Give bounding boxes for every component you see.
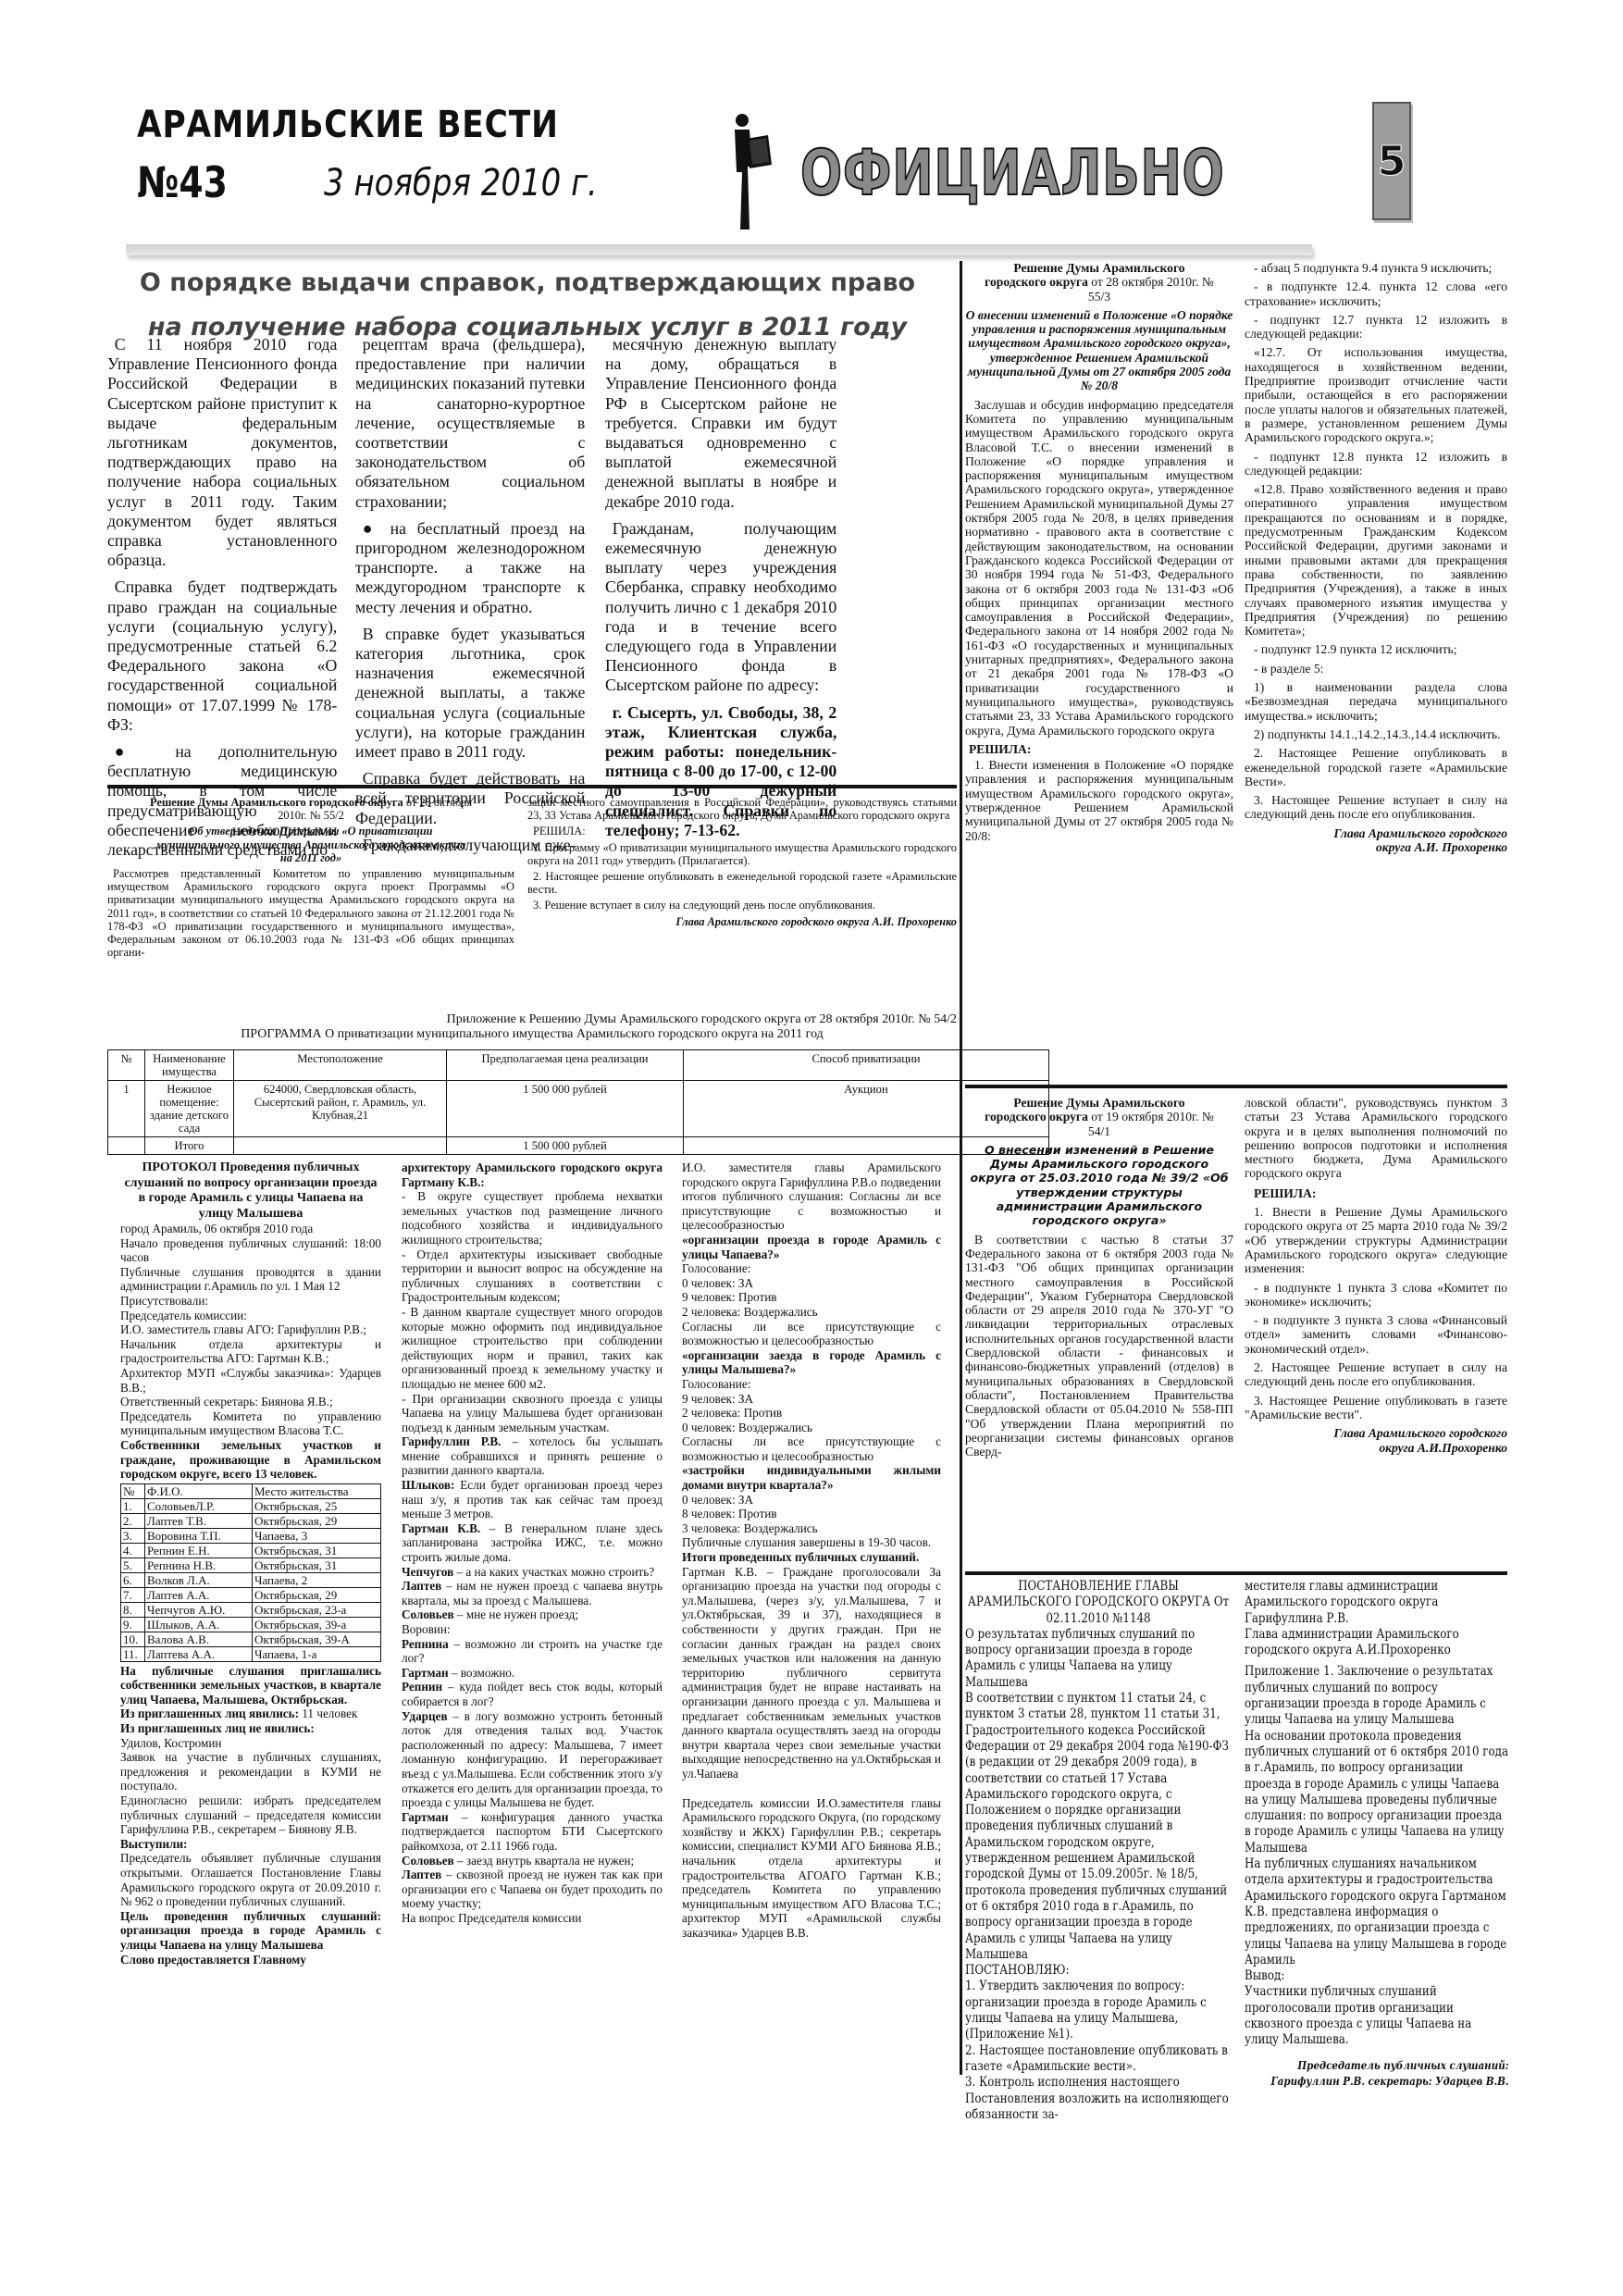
invited-note: На публичные слушания приглашались собст… — [120, 1664, 381, 1707]
table-cell: Лаптева А.А. — [145, 1646, 253, 1661]
paragraph: Рассмотрев представленный Комитетом по у… — [107, 867, 514, 959]
vote-line: 0 человек: ЗА — [682, 1493, 941, 1508]
decision-55-3-amendments: - абзац 5 подпункта 9.4 пункта 9 исключи… — [1245, 261, 1507, 859]
table-cell: 7. — [121, 1587, 145, 1602]
protocol-line: - Отдел архитектуры изыскивает свободные… — [402, 1247, 663, 1305]
dialogue-line: Соловьев – заезд внутрь квартала не нуже… — [402, 1854, 663, 1868]
protocol-line: Согласны ли все присутствующие с возможн… — [682, 1434, 941, 1463]
speaker: Лаптев — [402, 1868, 441, 1881]
dialogue-line: Ударцев – в логу возможно устроить бетон… — [402, 1709, 663, 1810]
speaker: Репнина — [402, 1637, 449, 1651]
spoke-label: Выступили: — [120, 1837, 381, 1852]
appeared-value: 11 человек — [299, 1706, 357, 1720]
table-row: 1 Нежилое помещение: здание детского сад… — [108, 1081, 1049, 1137]
statement: – а на каких участках можно строить? — [453, 1565, 654, 1579]
protocol-title: ПРОТОКОЛ Проведения публичных слушаний п… — [120, 1160, 381, 1222]
program-table-wrap: № Наименование имущества Местоположение … — [107, 1049, 1049, 1155]
vote-question: «застройки индивидуальными жилыми домами… — [682, 1463, 941, 1492]
paragraph: Участники публичных слушаний проголосова… — [1245, 1984, 1509, 2048]
resolved-label: РЕШИЛА: — [527, 825, 957, 838]
vote-line: 9 человек: Против — [682, 1290, 941, 1305]
table-cell: Октябрьская, 39-А — [253, 1632, 381, 1646]
protocol-line: Согласны ли все присутствующие с возможн… — [682, 1320, 941, 1348]
paragraph: ● на бесплатный проезд на пригородном же… — [355, 519, 585, 617]
statement: – в логу возможно устроить бетонный лото… — [402, 1709, 663, 1810]
amendment-item: - абзац 5 подпункта 9.4 пункта 9 исключи… — [1245, 261, 1507, 275]
page-number: 5 — [1372, 102, 1411, 220]
table-row: 9.Шлыков, А.А.Октябрьская, 39-а — [121, 1617, 381, 1632]
speaker: Гарифуллин Р.В. — [402, 1434, 501, 1448]
header-divider — [126, 244, 1312, 255]
signature: Глава Арамильского городского округа А.И… — [1245, 826, 1507, 855]
resolution-item: 2. Настоящее решение опубликовать в ежен… — [527, 870, 957, 896]
table-row: 11.Лаптева А.А.Чапаева, 1-а — [121, 1646, 381, 1661]
table-cell: Октябрьская, 29 — [253, 1513, 381, 1528]
issue-date: 3 ноября 2010 г. — [324, 162, 598, 205]
table-cell: Репнина Н.В. — [145, 1558, 253, 1572]
decision-title-bold: Решение Думы Арамильского городского окр… — [150, 796, 403, 809]
resolution-title: ПОСТАНОВЛЕНИЕ ГЛАВЫ АРАМИЛЬСКОГО ГОРОДСК… — [965, 1579, 1232, 1627]
resolution-item: 1. Внести изменения в Положение «О поряд… — [965, 758, 1233, 843]
column-header: Местоположение — [234, 1050, 447, 1081]
dialogue-line: Гартман – возможно. — [402, 1666, 663, 1681]
protocol-line: город Арамиль, 06 октября 2010 года — [120, 1222, 381, 1236]
decision-54-1-continued: ловской области", руководствуясь пунктом… — [1245, 1096, 1507, 1459]
section-divider — [965, 1085, 1507, 1088]
speaker: Гартман К.В. — [402, 1521, 480, 1535]
paragraph: рецептам врача (фельдшера), предоставлен… — [355, 335, 585, 512]
amendment-item: 2) подпункты 14.1.,14.2.,14.3.,14.4 искл… — [1245, 727, 1507, 741]
vote-line: 0 человек: Воздержались — [682, 1421, 941, 1435]
table-row: 1.СоловьевЛ.Р.Октябрьская, 25 — [121, 1498, 381, 1513]
paragraph: Справка будет подтверждать право граждан… — [107, 577, 337, 735]
decision-subtitle: О внесении изменений в Решение Думы Арам… — [965, 1143, 1233, 1228]
protocol-line: - При организации сквозного проезда с ул… — [402, 1392, 663, 1435]
program-table: № Наименование имущества Местоположение … — [107, 1049, 1049, 1155]
table-cell: 1. — [121, 1498, 145, 1513]
protocol-line: Публичные слушания проводятся в здании а… — [120, 1265, 381, 1294]
paragraph: зации местного самоуправления в Российск… — [527, 796, 957, 822]
table-cell: Чапаева, 3 — [253, 1528, 381, 1543]
table-cell — [108, 1137, 145, 1155]
paragraph: В соответствии с пунктом 11 статьи 24, с… — [965, 1691, 1232, 1963]
paragraph: В соответствии с частью 8 статьи 37 Феде… — [965, 1233, 1233, 1459]
dialogue-line: Гартман К.В. – В генеральном плане здесь… — [402, 1521, 663, 1565]
dialogue-line: Соловьев – мне не нужен проезд; — [402, 1607, 663, 1622]
column-divider — [960, 261, 962, 2075]
protocol-line: Заявок на участие в публичных слушаниях,… — [120, 1750, 381, 1793]
protocol-line: Ответственный секретарь: Биянова Я.В.; — [120, 1395, 381, 1409]
resolution-item: 1. Внести в Решение Думы Арамильского го… — [1245, 1205, 1507, 1275]
vote-line: Голосование: — [682, 1377, 941, 1392]
dialogue-line: Репнина – возможно ли строить на участке… — [402, 1637, 663, 1666]
protocol-line: И.О. заместитель главы АГО: Гарифуллин Р… — [120, 1322, 381, 1337]
amendment-item: 3. Настоящее Решение вступает в силу на … — [1245, 793, 1507, 822]
article-column-2: рецептам врача (фельдшера), предоставлен… — [355, 335, 585, 863]
decision-title: Решение Думы Арамильского городского окр… — [965, 1096, 1233, 1138]
statement: Воровин: — [402, 1622, 451, 1636]
decision-54-1: Решение Думы Арамильского городского окр… — [965, 1096, 1233, 1463]
signers: Председатель комиссии И.О.заместителя гл… — [682, 1796, 941, 1941]
paragraph: ловской области", руководствуясь пунктом… — [1245, 1096, 1507, 1181]
dialogue-line: Воровин: — [402, 1622, 663, 1637]
resolution-1148-appendix: местителя главы администрации Арамильско… — [1245, 1579, 1509, 2090]
table-cell: Нежилое помещение: здание детского сада — [145, 1081, 234, 1137]
statement: На вопрос Председателя комиссии — [402, 1911, 581, 1925]
table-cell: 6. — [121, 1572, 145, 1587]
amendment-item: «12.7. От использования имущества, наход… — [1245, 345, 1507, 444]
protocol-line: Присутствовали: — [120, 1294, 381, 1309]
table-cell: Октябрьская, 31 — [253, 1543, 381, 1558]
resolution-1148: ПОСТАНОВЛЕНИЕ ГЛАВЫ АРАМИЛЬСКОГО ГОРОДСК… — [965, 1579, 1232, 2123]
vote-question: «организации проезда в городе Арамиль с … — [682, 1233, 941, 1261]
section-divider — [107, 785, 957, 788]
decision-title-date: от 19 октября 2010г. № 54/1 — [1088, 1110, 1214, 1137]
protocol-line: Начальник отдела архитектуры и градостро… — [120, 1337, 381, 1366]
vote-line: 2 человека: Против — [682, 1406, 941, 1421]
table-row: 4.Репнин Е.Н.Октябрьская, 31 — [121, 1543, 381, 1558]
appendix-title: Приложение к Решению Думы Арамильского г… — [107, 1012, 957, 1027]
resolution-item: - в подпункте 1 пункта 3 слова «Комитет … — [1245, 1281, 1507, 1309]
column-header: Предполагаемая цена реализации — [447, 1050, 684, 1081]
resolution-item: 3. Настоящее Решение опубликовать в газе… — [1245, 1394, 1507, 1422]
amendment-item: - в подпункте 12.4. пункта 12 слова «его… — [1245, 279, 1507, 308]
paragraph: 2. Настоящее постановление опубликовать … — [965, 2043, 1232, 2076]
protocol-line: - В данном квартале существует много ого… — [402, 1305, 663, 1392]
vote-line: 8 человек: Против — [682, 1507, 941, 1521]
paragraph: месячную денежную выплату на дому, обращ… — [605, 335, 836, 512]
table-cell: Итого — [145, 1137, 234, 1155]
vote-line: 2 человека: Воздержались — [682, 1305, 941, 1320]
paragraph: местителя главы администрации Арамильско… — [1245, 1579, 1509, 1627]
resolution-item: 2. Настоящее Решение вступает в силу на … — [1245, 1360, 1507, 1389]
resolution-item: - в подпункте 3 пункта 3 слова «Финансов… — [1245, 1313, 1507, 1356]
table-cell: 624000, Свердловская область, Сысертский… — [234, 1081, 447, 1137]
table-row: 3.Воровина Т.П.Чапаева, 3 — [121, 1528, 381, 1543]
table-cell: СоловьевЛ.Р. — [145, 1498, 253, 1513]
table-cell: Октябрьская, 29 — [253, 1587, 381, 1602]
decision-title: Решение Думы Арамильского городского окр… — [107, 796, 514, 822]
table-cell: Волков Л.А. — [145, 1572, 253, 1587]
decision-55-2: Решение Думы Арамильского городского окр… — [107, 796, 514, 962]
column-header: Наименование имущества — [145, 1050, 234, 1081]
participants-table: № Ф.И.О. Место жительства 1.СоловьевЛ.Р.… — [120, 1483, 381, 1662]
resolved-label: РЕШИЛА: — [965, 742, 1233, 756]
table-cell: Чепчугов А.Ю. — [145, 1602, 253, 1617]
dialogue-line: Гартман – конфигурация данного участка п… — [402, 1810, 663, 1854]
amendment-item: 1) в наименовании раздела слова «Безвозм… — [1245, 680, 1507, 723]
vote-line: 0 человек: ЗА — [682, 1276, 941, 1291]
table-row: 8.Чепчугов А.Ю.Октябрьская, 23-а — [121, 1602, 381, 1617]
dialogue-line: На вопрос Председателя комиссии — [402, 1911, 663, 1926]
dialogue-line: Лаптев – сквозной проезд не нужен так ка… — [402, 1868, 663, 1911]
program-title: ПРОГРАММА О приватизации муниципального … — [107, 1027, 957, 1042]
decision-subtitle: Об утверждении Программы «О приватизации… — [107, 825, 514, 864]
statement: – заезд внутрь квартала не нужен; — [454, 1854, 635, 1868]
column-header: Ф.И.О. — [145, 1483, 253, 1498]
table-row: 10.Валова А.В.Октябрьская, 39-А — [121, 1632, 381, 1646]
amendment-item: «12.8. Право хозяйственного ведения и пр… — [1245, 482, 1507, 638]
statement: – нам не нужен проезд с чапаева внутрь к… — [402, 1579, 663, 1607]
table-cell: Репнин Е.Н. — [145, 1543, 253, 1558]
resolution-item: 3. Решение вступает в силу на следующий … — [527, 899, 957, 912]
protocol-line: Архитектор МУП «Службы заказчика»: Ударц… — [120, 1366, 381, 1395]
newspaper-title: АРАМИЛЬСКИЕ ВЕСТИ — [137, 104, 559, 146]
reading-man-icon — [722, 111, 777, 236]
paragraph: Глава администрации Арамильского городск… — [1245, 1627, 1509, 1659]
section-title: ОФИЦИАЛЬНО — [800, 137, 1224, 210]
column-header: Место жительства — [253, 1483, 381, 1498]
protocol-line: - В округе существует проблема нехватки … — [402, 1189, 663, 1247]
paragraph: Заслушав и обсудив информацию председате… — [965, 398, 1233, 738]
protocol-line: Слово предоставляется Главному — [120, 1953, 381, 1967]
paragraph: Приложение 1. Заключение о результатах п… — [1245, 1664, 1509, 1728]
table-cell: Октябрьская, 25 — [253, 1498, 381, 1513]
protocol-line: И.О. заместителя главы Арамильского горо… — [682, 1160, 941, 1233]
table-cell: 5. — [121, 1558, 145, 1572]
appeared-label: Из приглашенных лиц явились: — [120, 1706, 299, 1720]
amendment-item: - подпункт 12.7 пункта 12 изложить в сле… — [1245, 313, 1507, 341]
table-cell: Октябрьская, 39-а — [253, 1617, 381, 1632]
column-header: Способ приватизации — [684, 1050, 1049, 1081]
column-header: № — [108, 1050, 145, 1081]
appeared-line: Из приглашенных лиц явились: 11 человек — [120, 1706, 381, 1721]
table-row: 7.Лаптев А.А.Октябрьская, 29 — [121, 1587, 381, 1602]
table-cell: 8. — [121, 1602, 145, 1617]
amendment-item: - в разделе 5: — [1245, 662, 1507, 676]
paragraph: С 11 ноября 2010 года Управление Пенсион… — [107, 335, 337, 570]
protocol-line: Председатель объявляет публичные слушани… — [120, 1851, 381, 1908]
table-cell: Чапаева, 1-а — [253, 1646, 381, 1661]
paragraph: Вывод: — [1245, 1968, 1509, 1984]
table-cell: 4. — [121, 1543, 145, 1558]
protocol-line: Публичные слушания завершены в 19-30 час… — [682, 1535, 941, 1550]
signature: Глава Арамильского городского округа А.И… — [527, 915, 957, 928]
statement: – мне не нужен проезд; — [454, 1607, 578, 1621]
table-row: 6.Волков Л.А.Чапаева, 2 — [121, 1572, 381, 1587]
article-column-3: месячную денежную выплату на дому, обращ… — [605, 335, 836, 848]
section-divider — [965, 1571, 1507, 1575]
vote-line: Голосование: — [682, 1261, 941, 1276]
speaker: Лаптев — [402, 1579, 441, 1593]
speaker-heading: архитектору Арамильского городского окру… — [402, 1160, 663, 1189]
decision-title-date: от 28 октября 2010г. № 55/3 — [1088, 275, 1214, 303]
resolved-label: РЕШИЛА: — [1245, 1186, 1507, 1200]
speaker: Соловьев — [402, 1607, 454, 1621]
table-row: 2.Лаптев Т.В.Октябрьская, 29 — [121, 1513, 381, 1528]
dialogue-line: Репнин – куда пойдет весь сток воды, кот… — [402, 1680, 663, 1708]
table-cell: Октябрьская, 31 — [253, 1558, 381, 1572]
table-total-row: Итого 1 500 000 рублей — [108, 1137, 1049, 1155]
table-cell: Воровина Т.П. — [145, 1528, 253, 1543]
table-cell: Лаптев А.А. — [145, 1587, 253, 1602]
speaker: Шлыков: — [402, 1478, 454, 1492]
absent-label: Из приглашенных лиц не явились: — [120, 1721, 381, 1736]
table-cell: Шлыков, А.А. — [145, 1617, 253, 1632]
protocol-column-2: архитектору Арамильского городского окру… — [402, 1160, 663, 1925]
speaker: Ударцев — [402, 1709, 448, 1723]
table-cell: 11. — [121, 1646, 145, 1661]
table-cell: 1 500 000 рублей — [447, 1137, 684, 1155]
dialogue-line: Чепчугов – а на каких участках можно стр… — [402, 1565, 663, 1580]
table-cell: 10. — [121, 1632, 145, 1646]
dialogue-line: Шлыков: Если будет организован проезд че… — [402, 1478, 663, 1521]
table-cell — [234, 1137, 447, 1155]
amendment-item: - подпункт 12.9 пункта 12 исключить; — [1245, 642, 1507, 656]
headline-line-1: О порядке выдачи справок, подтверждающих… — [93, 261, 962, 305]
table-header-row: № Наименование имущества Местоположение … — [108, 1050, 1049, 1081]
resolution-item: 1. Программу «О приватизации муниципальн… — [527, 841, 957, 867]
decision-55-3: Решение Думы Арамильского городского окр… — [965, 261, 1233, 848]
paragraph: На публичных слушаниях начальником отдел… — [1245, 1856, 1509, 1968]
protocol-line: Гартман К.В. – Граждане проголосовали За… — [682, 1565, 941, 1781]
table-cell: 1 500 000 рублей — [447, 1081, 684, 1137]
protocol-line: Начало проведения публичных слушаний: 18… — [120, 1236, 381, 1265]
table-cell: Валова А.В. — [145, 1632, 253, 1646]
protocol-column-1: ПРОТОКОЛ Проведения публичных слушаний п… — [120, 1160, 381, 1967]
appendix-header: Приложение к Решению Думы Арамильского г… — [107, 1012, 957, 1042]
statement: – возможно. — [449, 1666, 515, 1680]
speaker: Чепчугов — [402, 1565, 453, 1579]
vote-line: 9 человек: ЗА — [682, 1392, 941, 1407]
paragraph: На основании протокола проведения публич… — [1245, 1729, 1509, 1856]
paragraph: В справке будет указываться категория ль… — [355, 625, 585, 762]
dialogue-line: Гарифуллин Р.В. – хотелось бы услышать м… — [402, 1434, 663, 1478]
table-cell: 1 — [108, 1081, 145, 1137]
paragraph: ПОСТАНОВЛЯЮ: — [965, 1963, 1232, 1979]
amendment-item: 2. Настоящее Решение опубликовать в ежен… — [1245, 746, 1507, 788]
table-cell: 9. — [121, 1617, 145, 1632]
protocol-line: Единогласно решили: избрать председателе… — [120, 1793, 381, 1837]
dialogue-line: Лаптев – нам не нужен проезд с чапаева в… — [402, 1579, 663, 1607]
decision-title: Решение Думы Арамильского городского окр… — [965, 261, 1233, 304]
paragraph: 3. Контроль исполнения настоящего Постан… — [965, 2075, 1232, 2123]
protocol-column-3: И.О. заместителя главы Арамильского горо… — [682, 1160, 941, 1940]
results-heading: Итоги проведенных публичных слушаний. — [682, 1550, 941, 1565]
speaker: Репнин — [402, 1680, 442, 1694]
speaker: Гартман — [402, 1810, 449, 1824]
owners-heading: Собственники земельных участков и гражда… — [120, 1438, 381, 1482]
table-row: 5.Репнина Н.В.Октябрьская, 31 — [121, 1558, 381, 1572]
decision-55-2-continued: зации местного самоуправления в Российск… — [527, 796, 957, 931]
signature: Председатель публичных слушаний: Гарифул… — [1245, 2058, 1509, 2091]
table-cell: Октябрьская, 23-а — [253, 1602, 381, 1617]
signature: Глава Арамильского городского округа А.И… — [1245, 1426, 1507, 1455]
statement: – сквозной проезд не нужен так как при о… — [402, 1868, 663, 1910]
paragraph: О результатах публичных слушаний по вопр… — [965, 1627, 1232, 1691]
column-header: № — [121, 1483, 145, 1498]
table-cell: 3. — [121, 1528, 145, 1543]
decision-subtitle: О внесении изменений в Положение «О поря… — [965, 308, 1233, 393]
table-header-row: № Ф.И.О. Место жительства — [121, 1483, 381, 1498]
speaker: Соловьев — [402, 1854, 454, 1868]
vote-line: 3 человека: Воздержались — [682, 1521, 941, 1536]
hearing-goal: Цель проведения публичных слушаний: орга… — [120, 1909, 381, 1953]
paragraph: Гражданам, получающим ежемесячную денежн… — [605, 519, 836, 696]
issue-number: №43 — [137, 157, 228, 207]
table-cell: 2. — [121, 1513, 145, 1528]
table-cell: Чапаева, 2 — [253, 1572, 381, 1587]
absent-value: Удилов, Костромин — [120, 1736, 381, 1751]
vote-question: «организации заезда в городе Арамиль с у… — [682, 1348, 941, 1377]
protocol-line: Председатель Комитета по управлению муни… — [120, 1409, 381, 1438]
speaker: Гартман — [402, 1666, 449, 1680]
protocol-line: Председатель комиссии: — [120, 1309, 381, 1323]
table-cell: Лаптев Т.В. — [145, 1513, 253, 1528]
paragraph: 1. Утвердить заключения по вопросу: орга… — [965, 1979, 1232, 2042]
amendment-item: - подпункт 12.8 пункта 12 изложить в сле… — [1245, 450, 1507, 478]
